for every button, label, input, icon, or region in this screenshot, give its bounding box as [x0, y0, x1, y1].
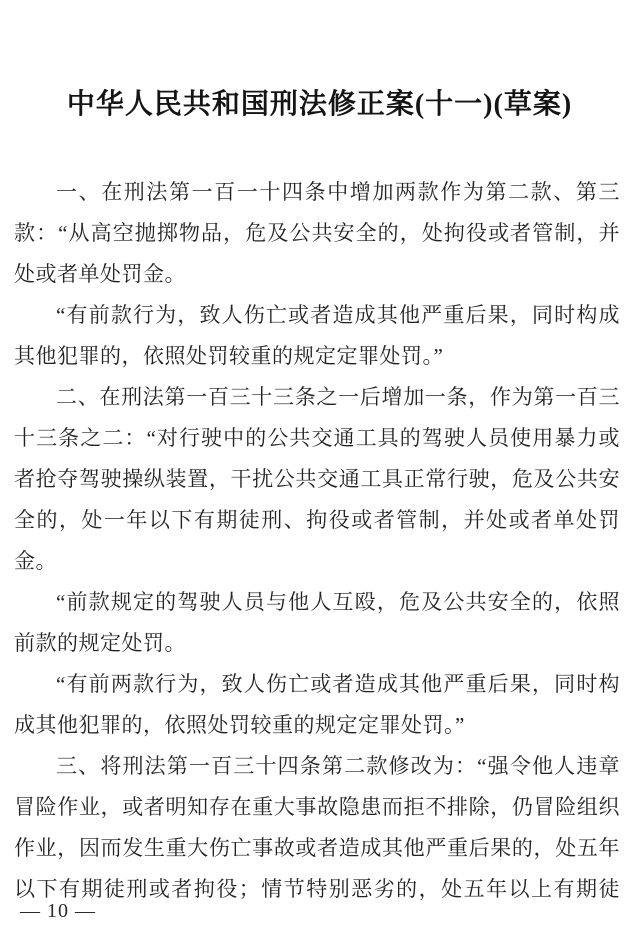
text-line: 成其他犯罪的，依照处罚较重的规定定罪处罚。”: [14, 705, 620, 746]
text-line: “前款规定的驾驶人员与他人互殴，危及公共安全的，依照: [14, 582, 620, 623]
page-number: — 10 —: [20, 900, 96, 923]
text-line: 一、在刑法第一百一十四条中增加两款作为第二款、第三: [14, 172, 620, 213]
text-line: 以下有期徒刑或者拘役；情节特别恶劣的，处五年以上有期徒: [14, 869, 620, 910]
document-page: 中华人民共和国刑法修正案(十一)(草案) 一、在刑法第一百一十四条中增加两款作为…: [0, 0, 639, 945]
text-line: 金。: [14, 541, 620, 582]
document-title: 中华人民共和国刑法修正案(十一)(草案): [0, 82, 639, 122]
text-line: “有前两款行为，致人伤亡或者造成其他严重后果，同时构: [14, 664, 620, 705]
text-line: 款：“从高空抛掷物品，危及公共安全的，处拘役或者管制，并: [14, 213, 620, 254]
text-line: “有前款行为，致人伤亡或者造成其他严重后果，同时构成: [14, 295, 620, 336]
text-line: 处或者单处罚金。: [14, 254, 620, 295]
text-line: 冒险作业，或者明知存在重大事故隐患而拒不排除，仍冒险组织: [14, 787, 620, 828]
text-line: 作业，因而发生重大伤亡事故或者造成其他严重后果的，处五年: [14, 828, 620, 869]
text-line: 其他犯罪的，依照处罚较重的规定定罪处罚。”: [14, 336, 620, 377]
text-line: 二、在刑法第一百三十三条之一后增加一条，作为第一百三: [14, 377, 620, 418]
text-line: 三、将刑法第一百三十四条第二款修改为：“强令他人违章: [14, 746, 620, 787]
document-body: 一、在刑法第一百一十四条中增加两款作为第二款、第三 款：“从高空抛掷物品，危及公…: [14, 172, 620, 910]
text-line: 十三条之二：“对行驶中的公共交通工具的驾驶人员使用暴力或: [14, 418, 620, 459]
text-line: 者抢夺驾驶操纵装置，干扰公共交通工具正常行驶，危及公共安: [14, 459, 620, 500]
text-line: 全的，处一年以下有期徒刑、拘役或者管制，并处或者单处罚: [14, 500, 620, 541]
text-line: 前款的规定处罚。: [14, 623, 620, 664]
